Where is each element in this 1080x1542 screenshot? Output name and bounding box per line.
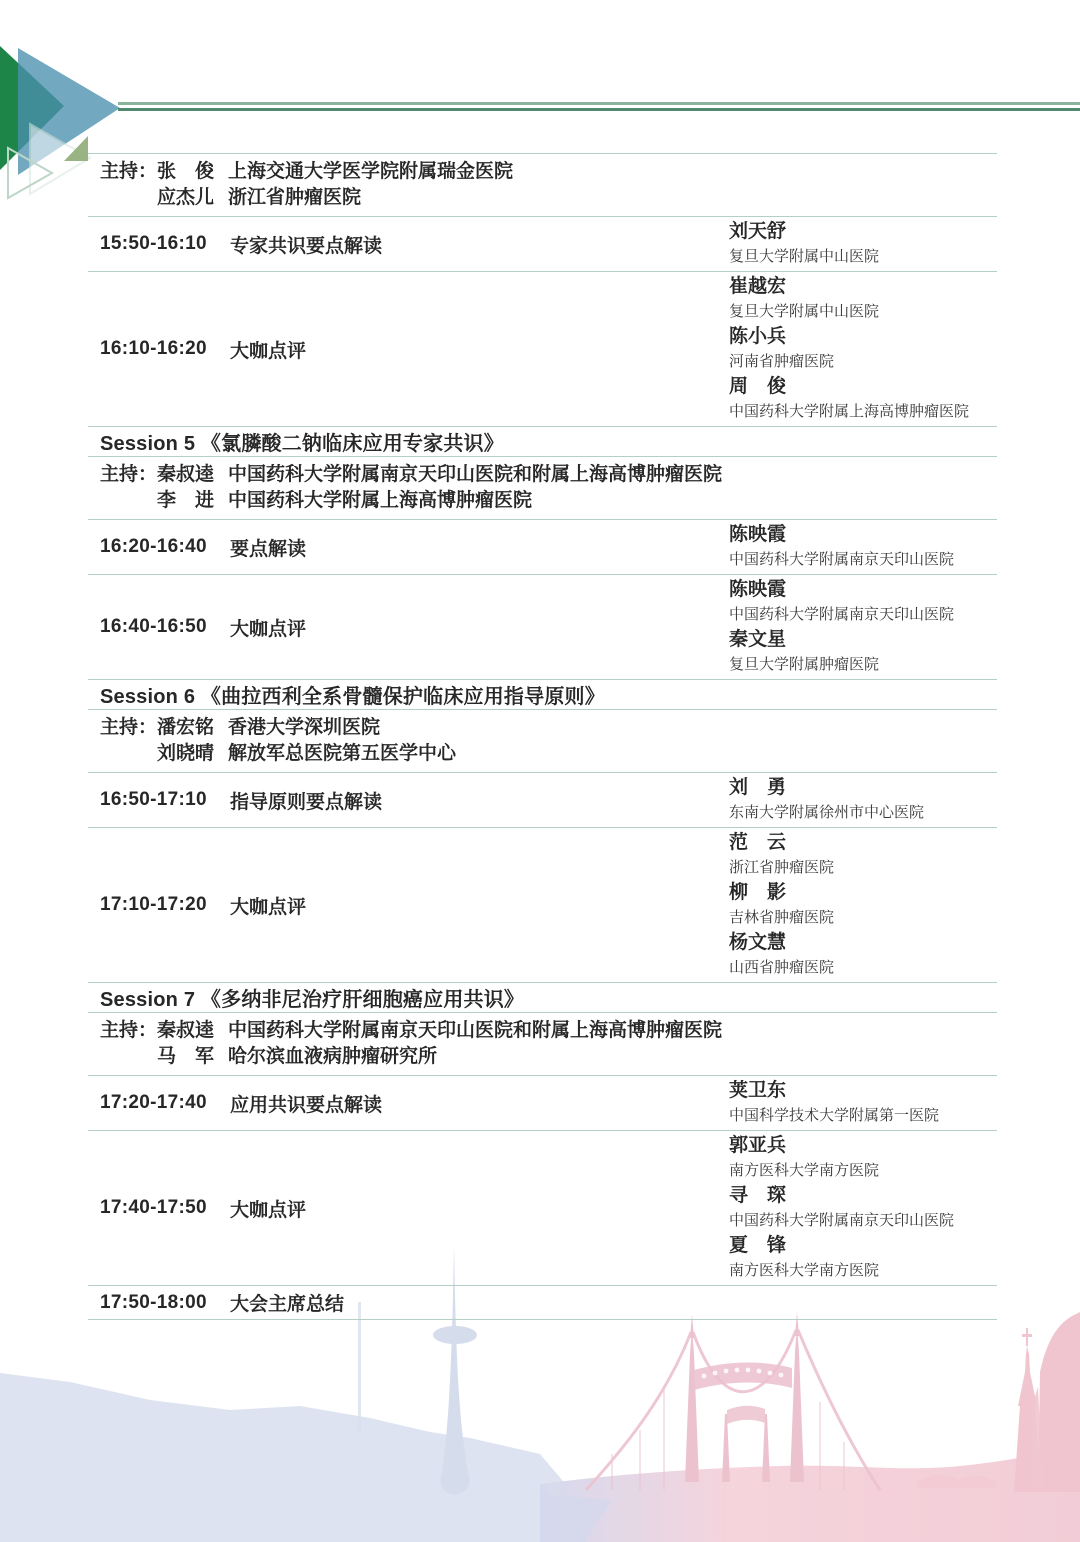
speaker-list: 崔越宏 复旦大学附属中山医院 陈小兵 河南省肿瘤医院 周 俊 中国药科大学附属上… — [729, 272, 997, 426]
speaker: 柳 影 吉林省肿瘤医院 — [729, 880, 997, 930]
schedule-row: 16:40-16:50 大咖点评 陈映霞 中国药科大学附属南京天印山医院 秦文星… — [88, 575, 997, 680]
speaker-affiliation: 中国科学技术大学附属第一医院 — [729, 1104, 997, 1128]
host-name: 刘晓晴 — [157, 741, 215, 767]
agenda-page: 主持： 张 俊 上海交通大学医学院附属瑞金医院 应杰儿 浙江省肿瘤医院 15:5… — [0, 0, 1080, 1542]
speaker: 杨文慧 山西省肿瘤医院 — [729, 930, 997, 980]
host-entry: 李 进 中国药科大学附属上海高博肿瘤医院 — [157, 488, 722, 514]
speaker: 夏 锋 南方医科大学南方医院 — [729, 1233, 997, 1283]
host-affiliation: 哈尔滨血液病肿瘤研究所 — [228, 1044, 437, 1070]
speaker: 刘天舒 复旦大学附属中山医院 — [729, 219, 997, 269]
host-label: 主持： — [100, 715, 157, 741]
speaker-list: 陈映霞 中国药科大学附属南京天印山医院 秦文星 复旦大学附属肿瘤医院 — [729, 575, 997, 679]
speaker: 崔越宏 复旦大学附属中山医院 — [729, 274, 997, 324]
topic-title: 专家共识要点解读 — [230, 231, 729, 258]
host-entry: 刘晓晴 解放军总医院第五医学中心 — [157, 741, 456, 767]
speaker: 陈小兵 河南省肿瘤医院 — [729, 324, 997, 374]
speaker-name: 夏 锋 — [729, 1233, 997, 1259]
host-name: 潘宏铭 — [157, 715, 215, 741]
topic-title: 指导原则要点解读 — [230, 787, 729, 814]
speaker-affiliation: 复旦大学附属中山医院 — [729, 245, 997, 269]
speaker-name: 周 俊 — [729, 374, 997, 400]
session-title: Session 6 《曲拉西利全系骨髓保护临床应用指导原则》 — [100, 680, 605, 709]
speaker-name: 柳 影 — [729, 880, 997, 906]
host-name: 秦叔逵 — [157, 462, 215, 488]
schedule-row: 17:20-17:40 应用共识要点解读 荚卫东 中国科学技术大学附属第一医院 — [88, 1076, 997, 1131]
speaker-affiliation: 浙江省肿瘤医院 — [729, 856, 997, 880]
schedule-row: 16:50-17:10 指导原则要点解读 刘 勇 东南大学附属徐州市中心医院 — [88, 773, 997, 828]
speaker-affiliation: 复旦大学附属肿瘤医院 — [729, 653, 997, 677]
host-affiliation: 浙江省肿瘤医院 — [228, 185, 361, 211]
host-row: 主持： 秦叔逵 中国药科大学附属南京天印山医院和附属上海高博肿瘤医院 李 进 中… — [88, 457, 997, 520]
host-row: 主持： 秦叔逵 中国药科大学附属南京天印山医院和附属上海高博肿瘤医院 马 军 哈… — [88, 1013, 997, 1076]
speaker-affiliation: 河南省肿瘤医院 — [729, 350, 997, 374]
speaker: 范 云 浙江省肿瘤医院 — [729, 830, 997, 880]
speaker-list: 陈映霞 中国药科大学附属南京天印山医院 — [729, 520, 997, 574]
agenda-table: 主持： 张 俊 上海交通大学医学院附属瑞金医院 应杰儿 浙江省肿瘤医院 15:5… — [88, 153, 997, 1320]
speaker: 陈映霞 中国药科大学附属南京天印山医院 — [729, 522, 997, 572]
speaker-affiliation: 山西省肿瘤医院 — [729, 956, 997, 980]
host-name: 秦叔逵 — [157, 1018, 215, 1044]
host-label: 主持： — [100, 159, 157, 185]
host-name: 李 进 — [157, 488, 215, 514]
speaker-name: 刘天舒 — [729, 219, 997, 245]
time-slot: 17:10-17:20 — [100, 894, 230, 916]
topic-title: 大咖点评 — [230, 614, 729, 641]
session-title: Session 5 《氯膦酸二钠临床应用专家共识》 — [100, 427, 504, 456]
host-name: 应杰儿 — [157, 185, 215, 211]
speaker: 荚卫东 中国科学技术大学附属第一医院 — [729, 1078, 997, 1128]
speaker-affiliation: 中国药科大学附属上海高博肿瘤医院 — [729, 400, 997, 424]
speaker: 陈映霞 中国药科大学附属南京天印山医院 — [729, 577, 997, 627]
speaker-name: 陈小兵 — [729, 324, 997, 350]
topic-title: 大咖点评 — [230, 336, 729, 363]
schedule-row: 17:50-18:00 大会主席总结 — [88, 1286, 997, 1320]
host-entry: 应杰儿 浙江省肿瘤医院 — [157, 185, 513, 211]
session-title: Session 7 《多纳非尼治疗肝细胞癌应用共识》 — [100, 983, 524, 1012]
speaker-name: 陈映霞 — [729, 577, 997, 603]
speaker-name: 杨文慧 — [729, 930, 997, 956]
host-affiliation: 中国药科大学附属南京天印山医院和附属上海高博肿瘤医院 — [228, 462, 722, 488]
header-rule-dark — [118, 108, 1080, 111]
host-entry: 张 俊 上海交通大学医学院附属瑞金医院 — [157, 159, 513, 185]
topic-title: 大咖点评 — [230, 892, 729, 919]
speaker: 秦文星 复旦大学附属肿瘤医院 — [729, 627, 997, 677]
speaker-list: 刘天舒 复旦大学附属中山医院 — [729, 217, 997, 271]
host-affiliation: 香港大学深圳医院 — [228, 715, 380, 741]
topic-title: 应用共识要点解读 — [230, 1090, 729, 1117]
speaker-affiliation: 中国药科大学附属南京天印山医院 — [729, 1209, 997, 1233]
speaker-list — [729, 1301, 997, 1305]
speaker-name: 崔越宏 — [729, 274, 997, 300]
time-slot: 17:50-18:00 — [100, 1292, 230, 1314]
speaker: 周 俊 中国药科大学附属上海高博肿瘤医院 — [729, 374, 997, 424]
host-row: 主持： 张 俊 上海交通大学医学院附属瑞金医院 应杰儿 浙江省肿瘤医院 — [88, 154, 997, 217]
host-name: 张 俊 — [157, 159, 215, 185]
host-entry: 秦叔逵 中国药科大学附属南京天印山医院和附属上海高博肿瘤医院 — [157, 462, 722, 488]
topic-title: 大会主席总结 — [230, 1289, 729, 1316]
speaker-affiliation: 东南大学附属徐州市中心医院 — [729, 801, 997, 825]
schedule-row: 15:50-16:10 专家共识要点解读 刘天舒 复旦大学附属中山医院 — [88, 217, 997, 272]
schedule-row: 17:40-17:50 大咖点评 郭亚兵 南方医科大学南方医院 寻 琛 中国药科… — [88, 1131, 997, 1286]
time-slot: 17:40-17:50 — [100, 1197, 230, 1219]
speaker-list: 荚卫东 中国科学技术大学附属第一医院 — [729, 1076, 997, 1130]
speaker-list: 郭亚兵 南方医科大学南方医院 寻 琛 中国药科大学附属南京天印山医院 夏 锋 南… — [729, 1131, 997, 1285]
speaker-affiliation: 南方医科大学南方医院 — [729, 1159, 997, 1183]
host-label: 主持： — [100, 462, 157, 488]
speaker-affiliation: 复旦大学附属中山医院 — [729, 300, 997, 324]
host-entry: 马 军 哈尔滨血液病肿瘤研究所 — [157, 1044, 722, 1070]
time-slot: 16:40-16:50 — [100, 616, 230, 638]
speaker: 寻 琛 中国药科大学附属南京天印山医院 — [729, 1183, 997, 1233]
host-entry: 潘宏铭 香港大学深圳医院 — [157, 715, 456, 741]
speaker: 郭亚兵 南方医科大学南方医院 — [729, 1133, 997, 1183]
time-slot: 16:20-16:40 — [100, 536, 230, 558]
speaker-affiliation: 吉林省肿瘤医院 — [729, 906, 997, 930]
speaker-name: 郭亚兵 — [729, 1133, 997, 1159]
host-affiliation: 上海交通大学医学院附属瑞金医院 — [228, 159, 513, 185]
speaker-affiliation: 南方医科大学南方医院 — [729, 1259, 997, 1283]
speaker-name: 刘 勇 — [729, 775, 997, 801]
topic-title: 要点解读 — [230, 534, 729, 561]
speaker-name: 陈映霞 — [729, 522, 997, 548]
host-row: 主持： 潘宏铭 香港大学深圳医院 刘晓晴 解放军总医院第五医学中心 — [88, 710, 997, 773]
schedule-row: 17:10-17:20 大咖点评 范 云 浙江省肿瘤医院 柳 影 吉林省肿瘤医院… — [88, 828, 997, 983]
time-slot: 17:20-17:40 — [100, 1092, 230, 1114]
speaker-list: 范 云 浙江省肿瘤医院 柳 影 吉林省肿瘤医院 杨文慧 山西省肿瘤医院 — [729, 828, 997, 982]
topic-title: 大咖点评 — [230, 1195, 729, 1222]
host-label: 主持： — [100, 1018, 157, 1044]
time-slot: 16:10-16:20 — [100, 338, 230, 360]
session-header: Session 5 《氯膦酸二钠临床应用专家共识》 — [88, 427, 997, 457]
host-affiliation: 中国药科大学附属上海高博肿瘤医院 — [228, 488, 532, 514]
speaker: 刘 勇 东南大学附属徐州市中心医院 — [729, 775, 997, 825]
speaker-name: 荚卫东 — [729, 1078, 997, 1104]
schedule-row: 16:10-16:20 大咖点评 崔越宏 复旦大学附属中山医院 陈小兵 河南省肿… — [88, 272, 997, 427]
time-slot: 15:50-16:10 — [100, 233, 230, 255]
speaker-name: 秦文星 — [729, 627, 997, 653]
speaker-name: 范 云 — [729, 830, 997, 856]
host-name: 马 军 — [157, 1044, 215, 1070]
session-header: Session 6 《曲拉西利全系骨髓保护临床应用指导原则》 — [88, 680, 997, 710]
time-slot: 16:50-17:10 — [100, 789, 230, 811]
speaker-affiliation: 中国药科大学附属南京天印山医院 — [729, 548, 997, 572]
speaker-list: 刘 勇 东南大学附属徐州市中心医院 — [729, 773, 997, 827]
session-header: Session 7 《多纳非尼治疗肝细胞癌应用共识》 — [88, 983, 997, 1013]
schedule-row: 16:20-16:40 要点解读 陈映霞 中国药科大学附属南京天印山医院 — [88, 520, 997, 575]
header-rule-light — [118, 102, 1080, 105]
host-affiliation: 解放军总医院第五医学中心 — [228, 741, 456, 767]
host-entry: 秦叔逵 中国药科大学附属南京天印山医院和附属上海高博肿瘤医院 — [157, 1018, 722, 1044]
speaker-affiliation: 中国药科大学附属南京天印山医院 — [729, 603, 997, 627]
host-affiliation: 中国药科大学附属南京天印山医院和附属上海高博肿瘤医院 — [228, 1018, 722, 1044]
speaker-name: 寻 琛 — [729, 1183, 997, 1209]
